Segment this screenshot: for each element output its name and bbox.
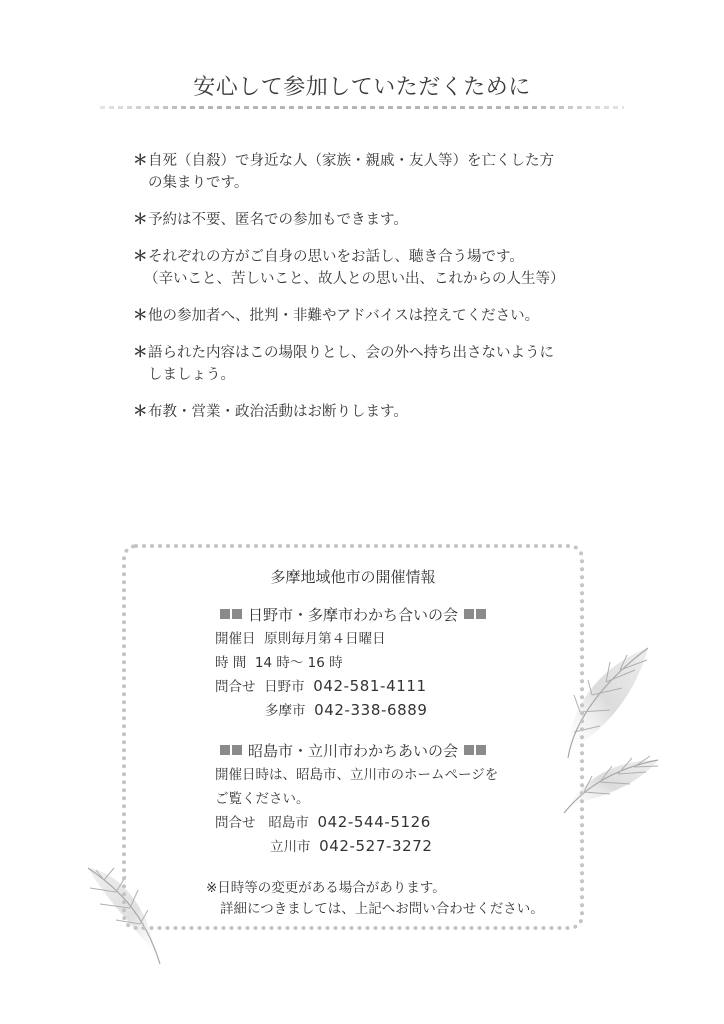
schedule-text: ご覧ください。 (215, 788, 498, 812)
asterisk-bullet: ＊ (133, 150, 148, 194)
list-item: ＊ 予約は不要、匿名での参加もできます。 (133, 209, 603, 231)
contact-phone: 042-581-4111 (313, 677, 426, 695)
square-marker-icon (464, 745, 474, 755)
asterisk-bullet: ＊ (133, 305, 148, 327)
group-details-hino-tama: 開催日 原則毎月第４日曜日 時 間 14 時～ 16 時 問合せ 日野市 042… (215, 628, 428, 722)
contact-label: 問合せ (215, 676, 256, 700)
group-details-akishima-tachikawa: 開催日時は、昭島市、立川市のホームページを ご覧ください。 問合せ 昭島市 04… (215, 764, 498, 858)
asterisk-bullet: ＊ (133, 209, 148, 231)
list-item: ＊ 語られた内容はこの場限りとし、会の外へ持ち出さないように しましょう。 (133, 342, 603, 386)
note-text: 語られた内容はこの場限りとし、会の外へ持ち出さないように (148, 342, 603, 364)
contact-phone: 042-527-3272 (319, 837, 432, 855)
time-value: 14 時～ 16 時 (255, 655, 343, 671)
note-text: （辛いこと、苦しいこと、故人との思い出、これからの人生等） (144, 268, 603, 290)
square-marker-icon (464, 609, 474, 619)
footnote-line: 詳細につきましては、上記へお問い合わせください。 (206, 899, 544, 920)
schedule-label: 開催日 (215, 628, 256, 652)
time-label: 時 間 (215, 652, 246, 676)
asterisk-bullet: ＊ (133, 401, 148, 423)
footnote: ※日時等の変更がある場合があります。 詳細につきましては、上記へお問い合わせくだ… (206, 878, 544, 920)
contact-label: 問合せ (215, 812, 256, 836)
note-text: しましょう。 (148, 364, 603, 386)
contact-phone: 042-544-5126 (317, 813, 430, 831)
note-text: 布教・営業・政治活動はお断りします。 (148, 401, 603, 423)
contact-city: 立川市 (270, 839, 311, 855)
schedule-value: 原則毎月第４日曜日 (264, 631, 386, 647)
list-item: ＊ それぞれの方がご自身の思いをお話し、聴き合う場です。 （辛いこと、苦しいこと… (133, 246, 603, 290)
square-marker-icon (476, 609, 486, 619)
note-text: 自死（自殺）で身近な人（家族・親戚・友人等）を亡くした方 (148, 150, 603, 172)
asterisk-bullet: ＊ (133, 342, 148, 386)
square-marker-icon (476, 745, 486, 755)
list-item: ＊ 布教・営業・政治活動はお断りします。 (133, 401, 603, 423)
group-heading-akishima-tachikawa: 昭島市・立川市わかちあいの会 (122, 740, 584, 761)
list-item: ＊ 自死（自殺）で身近な人（家族・親戚・友人等）を亡くした方 の集まりです。 (133, 150, 603, 194)
contact-city: 昭島市 (268, 815, 309, 831)
contact-city: 日野市 (264, 679, 305, 695)
note-text: の集まりです。 (148, 172, 603, 194)
info-box-title: 多摩地域他市の開催情報 (122, 566, 584, 587)
guidelines-list: ＊ 自死（自殺）で身近な人（家族・親戚・友人等）を亡くした方 の集まりです。 ＊… (133, 150, 603, 438)
schedule-text: 開催日時は、昭島市、立川市のホームページを (215, 764, 498, 788)
page-title: 安心して参加していただくために (0, 70, 724, 101)
title-divider (100, 106, 624, 109)
note-text: 予約は不要、匿名での参加もできます。 (148, 209, 603, 231)
square-marker-icon (220, 745, 230, 755)
contact-phone: 042-338-6889 (314, 701, 427, 719)
contact-city: 多摩市 (265, 703, 306, 719)
group-name: 日野市・多摩市わかち合いの会 (248, 606, 458, 624)
list-item: ＊ 他の参加者へ、批判・非難やアドバイスは控えてください。 (133, 305, 603, 327)
group-name: 昭島市・立川市わかちあいの会 (248, 742, 458, 760)
square-marker-icon (232, 745, 242, 755)
note-text: それぞれの方がご自身の思いをお話し、聴き合う場です。 (148, 246, 603, 268)
square-marker-icon (220, 609, 230, 619)
footnote-line: ※日時等の変更がある場合があります。 (206, 878, 544, 899)
note-text: 他の参加者へ、批判・非難やアドバイスは控えてください。 (148, 305, 603, 327)
square-marker-icon (232, 609, 242, 619)
group-heading-hino-tama: 日野市・多摩市わかち合いの会 (122, 604, 584, 625)
info-box (122, 544, 584, 930)
